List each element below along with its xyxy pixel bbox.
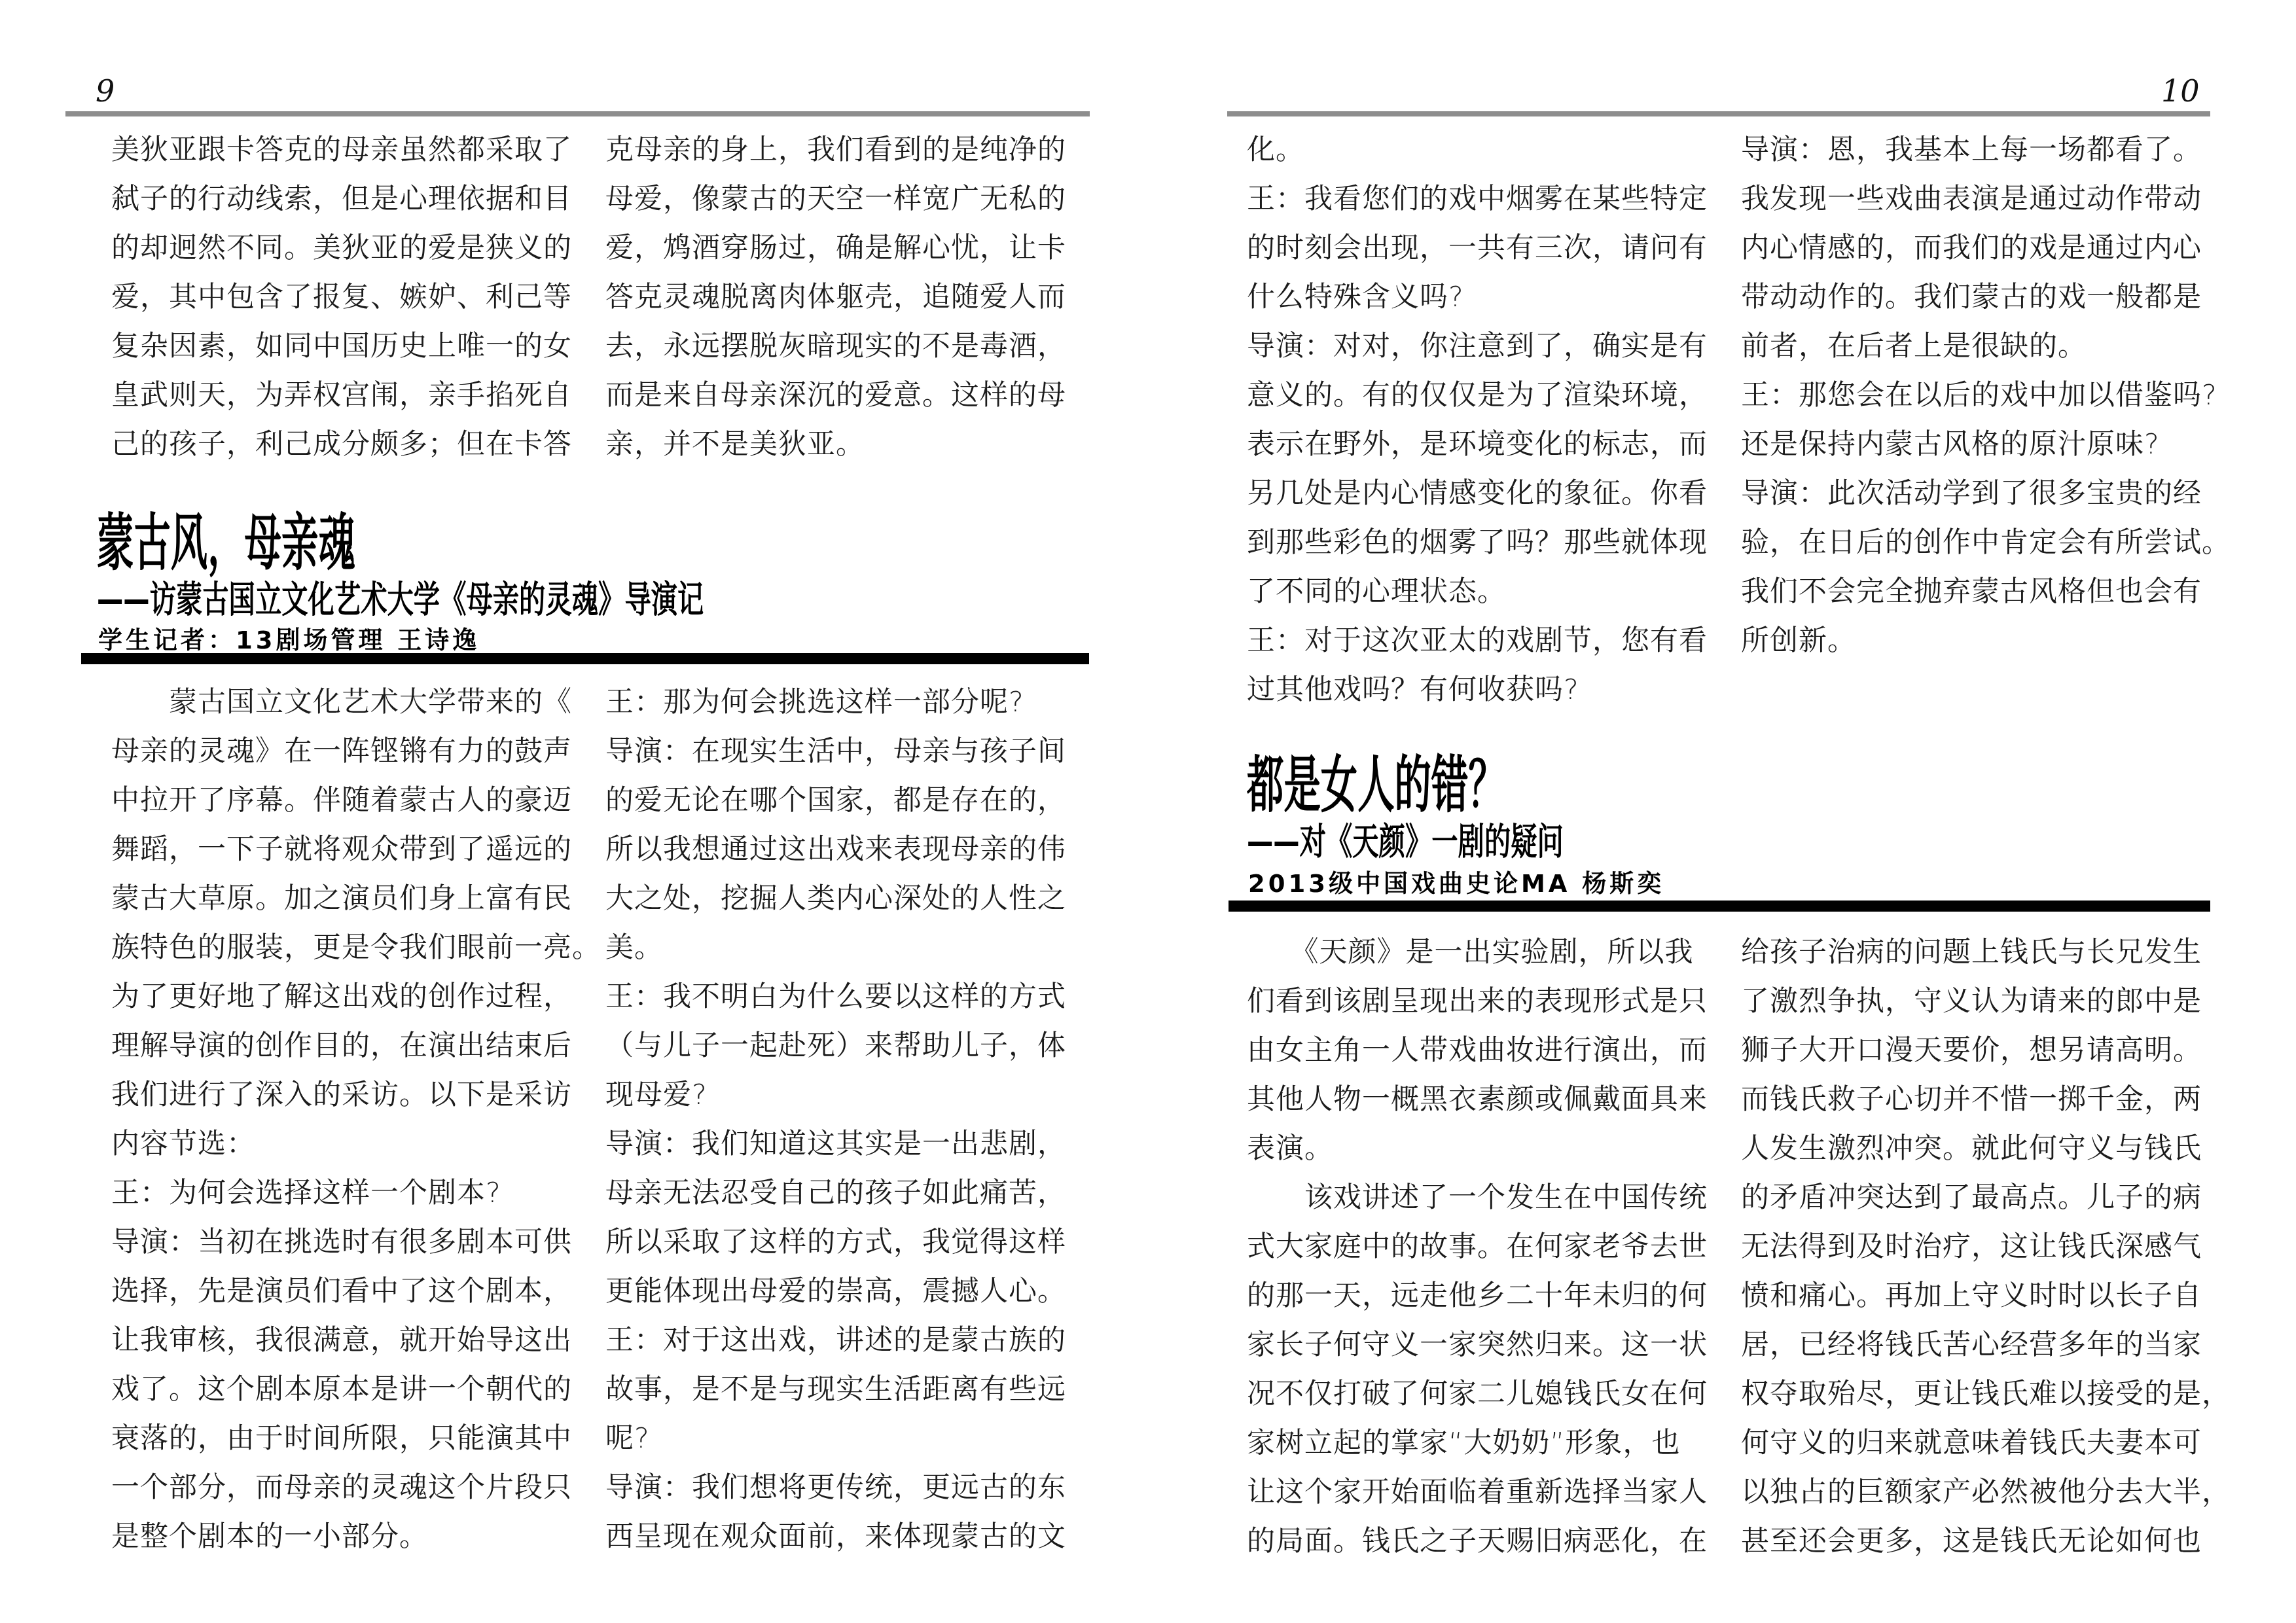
text-line: 另几处是内心情感变化的象征。你看 [1247, 469, 1728, 518]
text-line: 故事，是不是与现实生活距离有些远 [605, 1365, 1086, 1414]
text-line: 了激烈争执，守义认为请来的郎中是 [1741, 977, 2222, 1026]
text-line: 内心情感的，而我们的戏是通过内心 [1741, 224, 2222, 273]
page-number-9: 9 [96, 73, 115, 109]
text-line: 所以我想通过这出戏来表现母亲的伟 [605, 825, 1086, 874]
text-line: 戏了。这个剧本原本是讲一个朝代的 [111, 1365, 592, 1414]
text-line: 克母亲的身上，我们看到的是纯净的 [605, 126, 1086, 175]
text-line: 带动动作的。我们蒙古的戏一般都是 [1741, 273, 2222, 322]
text-line: 王：对于这次亚太的戏剧节，您有看 [1247, 616, 1728, 666]
text-line: 导演：当初在挑选时有很多剧本可供 [111, 1218, 592, 1267]
text-line: 导演：我们想将更传统，更远古的东 [605, 1463, 1086, 1512]
text-line: 王：我不明白为什么要以这样的方式 [605, 972, 1086, 1022]
text-line: 家长子何守义一家突然归来。这一状 [1247, 1321, 1728, 1370]
text-line: 家树立起的掌家“大奶奶”形象，也 [1247, 1419, 1728, 1468]
text-line: 复杂因素，如同中国历史上唯一的女 [111, 322, 592, 371]
text-line: 愤和痛心。再加上守义时时以长子自 [1741, 1272, 2222, 1321]
text-line: 大之处，挖掘人类内心深处的人性之 [605, 874, 1086, 923]
text-line: 为了更好地了解这出戏的创作过程， [111, 972, 592, 1022]
text-line: 还是保持内蒙古风格的原汁原味? [1741, 420, 2222, 469]
text-line: 我发现一些戏曲表演是通过动作带动 [1741, 175, 2222, 224]
article1-byline: 学生记者：13剧场管理 王诗逸 [98, 620, 480, 656]
text-line: 导演：在现实生活中，母亲与孩子间 [605, 727, 1086, 776]
text-line: 内容节选： [111, 1120, 592, 1169]
page-number-10: 10 [2161, 73, 2200, 109]
text-line: 王：我看您们的戏中烟雾在某些特定 [1247, 175, 1728, 224]
text-line: 皇武则天，为弄权宫闱，亲手掐死自 [111, 371, 592, 420]
text-line: 王：那您会在以后的戏中加以借鉴吗? [1741, 371, 2222, 420]
text-line: 是整个剧本的一小部分。 [111, 1512, 592, 1561]
text-line: 什么特殊含义吗? [1247, 273, 1728, 322]
text-line: 的局面。钱氏之子天赐旧病恶化，在 [1247, 1517, 1728, 1566]
text-line: 导演：恩，我基本上每一场都看了。 [1741, 126, 2222, 175]
text-line: 亲，并不是美狄亚。 [605, 420, 1086, 469]
text-line: 《天颜》是一出实验剧，所以我 [1247, 928, 1728, 977]
text-line: 无法得到及时治疗，这让钱氏深感气 [1741, 1222, 2222, 1272]
page10-continuation-left-column: 化。王：我看您们的戏中烟雾在某些特定的时刻会出现，一共有三次，请问有什么特殊含义… [1247, 126, 1728, 715]
text-line: 的却迥然不同。美狄亚的爱是狭义的 [111, 224, 592, 273]
page-9-header-rule [65, 111, 1090, 116]
article1-double-rule [81, 653, 1089, 664]
text-line: 蒙古国立文化艺术大学带来的《 [111, 678, 592, 727]
article1-headline: 蒙古风，母亲魂 [97, 512, 355, 577]
article2-double-rule [1229, 901, 2210, 912]
text-line: 而是来自母亲深沉的爱意。这样的母 [605, 371, 1086, 420]
article2-headline: 都是女人的错？ [1247, 754, 1505, 819]
text-line: 导演：对对，你注意到了，确实是有 [1247, 322, 1728, 371]
text-line: 舞蹈，一下子就将观众带到了遥远的 [111, 825, 592, 874]
text-line: 甚至还会更多，这是钱氏无论如何也 [1741, 1517, 2222, 1566]
text-line: 让这个家开始面临着重新选择当家人 [1247, 1468, 1728, 1517]
text-line: 选择，先是演员们看中了这个剧本， [111, 1267, 592, 1316]
text-line: 导演：此次活动学到了很多宝贵的经 [1741, 469, 2222, 518]
text-line: 狮子大开口漫天要价，想另请高明。 [1741, 1026, 2222, 1075]
text-line: 导演：我们知道这其实是一出悲剧， [605, 1120, 1086, 1169]
text-line: 弑子的行动线索，但是心理依据和目 [111, 175, 592, 224]
text-line: 母亲无法忍受自己的孩子如此痛苦， [605, 1169, 1086, 1218]
article1-right-column: 王：那为何会挑选这样一部分呢?导演：在现实生活中，母亲与孩子间的爱无论在哪个国家… [605, 678, 1086, 1561]
text-line: 王：对于这出戏，讲述的是蒙古族的 [605, 1316, 1086, 1365]
page-10-header-rule [1227, 111, 2210, 116]
text-line: 美狄亚跟卡答克的母亲虽然都采取了 [111, 126, 592, 175]
text-line: 表演。 [1247, 1124, 1728, 1173]
text-line: 化。 [1247, 126, 1728, 175]
text-line: 爱，其中包含了报复、嫉妒、利己等 [111, 273, 592, 322]
text-line: 我们进行了深入的采访。以下是采访 [111, 1071, 592, 1120]
text-line: 们看到该剧呈现出来的表现形式是只 [1247, 977, 1728, 1026]
text-line: 让我审核，我很满意，就开始导这出 [111, 1316, 592, 1365]
article2-left-column: 《天颜》是一出实验剧，所以我们看到该剧呈现出来的表现形式是只由女主角一人带戏曲妆… [1247, 928, 1728, 1566]
page9-continuation-left-column: 美狄亚跟卡答克的母亲虽然都采取了弑子的行动线索，但是心理依据和目的却迥然不同。美… [111, 126, 592, 469]
text-line: 何守义的归来就意味着钱氏夫妻本可 [1741, 1419, 2222, 1468]
text-line: 以独占的巨额家产必然被他分去大半， [1741, 1468, 2222, 1517]
article2-byline: 2013级中国戏曲史论MA 杨斯奕 [1248, 864, 1664, 899]
text-line: 由女主角一人带戏曲妆进行演出，而 [1247, 1026, 1728, 1075]
text-line: 居，已经将钱氏苦心经营多年的当家 [1741, 1321, 2222, 1370]
text-line: 意义的。有的仅仅是为了渲染环境， [1247, 371, 1728, 420]
text-line: 况不仅打破了何家二儿媳钱氏女在何 [1247, 1370, 1728, 1419]
text-line: 中拉开了序幕。伴随着蒙古人的豪迈 [111, 776, 592, 825]
text-line: 式大家庭中的故事。在何家老爷去世 [1247, 1222, 1728, 1272]
text-line: 过其他戏吗？有何收获吗? [1247, 666, 1728, 715]
text-line: 的时刻会出现，一共有三次，请问有 [1247, 224, 1728, 273]
article2-right-column: 给孩子治病的问题上钱氏与长兄发生了激烈争执，守义认为请来的郎中是狮子大开口漫天要… [1741, 928, 2222, 1566]
text-line: 呢? [605, 1414, 1086, 1463]
text-line: 王：为何会选择这样一个剧本? [111, 1169, 592, 1218]
text-line: 母亲的灵魂》在一阵铿锵有力的鼓声 [111, 727, 592, 776]
text-line: 而钱氏救子心切并不惜一掷千金，两 [1741, 1075, 2222, 1124]
text-line: 一个部分，而母亲的灵魂这个片段只 [111, 1463, 592, 1512]
text-line: 西呈现在观众面前，来体现蒙古的文 [605, 1512, 1086, 1561]
text-line: 去，永远摆脱灰暗现实的不是毒酒， [605, 322, 1086, 371]
text-line: 王：那为何会挑选这样一部分呢? [605, 678, 1086, 727]
text-line: 母爱，像蒙古的天空一样宽广无私的 [605, 175, 1086, 224]
page9-continuation-right-column: 克母亲的身上，我们看到的是纯净的母爱，像蒙古的天空一样宽广无私的爱，鸩酒穿肠过，… [605, 126, 1086, 469]
text-line: 到那些彩色的烟雾了吗？那些就体现 [1247, 518, 1728, 567]
article2-subtitle: ——对《天颜》一剧的疑问 [1247, 823, 1564, 862]
text-line: 其他人物一概黑衣素颜或佩戴面具来 [1247, 1075, 1728, 1124]
text-line: 权夺取殆尽，更让钱氏难以接受的是， [1741, 1370, 2222, 1419]
page10-continuation-right-column: 导演：恩，我基本上每一场都看了。我发现一些戏曲表演是通过动作带动内心情感的，而我… [1741, 126, 2222, 666]
text-line: 给孩子治病的问题上钱氏与长兄发生 [1741, 928, 2222, 977]
text-line: 该戏讲述了一个发生在中国传统 [1247, 1173, 1728, 1222]
text-line: 人发生激烈冲突。就此何守义与钱氏 [1741, 1124, 2222, 1173]
text-line: 族特色的服装，更是令我们眼前一亮。 [111, 923, 592, 972]
text-line: 表示在野外，是环境变化的标志，而 [1247, 420, 1728, 469]
text-line: （与儿子一起赴死）来帮助儿子，体 [605, 1022, 1086, 1071]
text-line: 蒙古大草原。加之演员们身上富有民 [111, 874, 592, 923]
article1-subtitle: ——访蒙古国立文化艺术大学《母亲的灵魂》导演记 [97, 581, 704, 620]
text-line: 验，在日后的创作中肯定会有所尝试。 [1741, 518, 2222, 567]
text-line: 理解导演的创作目的，在演出结束后 [111, 1022, 592, 1071]
text-line: 所以采取了这样的方式，我觉得这样 [605, 1218, 1086, 1267]
text-line: 的矛盾冲突达到了最高点。儿子的病 [1741, 1173, 2222, 1222]
text-line: 的爱无论在哪个国家，都是存在的， [605, 776, 1086, 825]
text-line: 了不同的心理状态。 [1247, 567, 1728, 616]
text-line: 答克灵魂脱离肉体躯壳，追随爱人而 [605, 273, 1086, 322]
text-line: 的那一天，远走他乡二十年未归的何 [1247, 1272, 1728, 1321]
text-line: 衰落的，由于时间所限，只能演其中 [111, 1414, 592, 1463]
text-line: 现母爱? [605, 1071, 1086, 1120]
text-line: 所创新。 [1741, 616, 2222, 666]
text-line: 更能体现出母爱的崇高，震撼人心。 [605, 1267, 1086, 1316]
text-line: 美。 [605, 923, 1086, 972]
text-line: 爱，鸩酒穿肠过，确是解心忧，让卡 [605, 224, 1086, 273]
text-line: 前者，在后者上是很缺的。 [1741, 322, 2222, 371]
article1-left-column: 蒙古国立文化艺术大学带来的《母亲的灵魂》在一阵铿锵有力的鼓声中拉开了序幕。伴随着… [111, 678, 592, 1561]
text-line: 我们不会完全抛弃蒙古风格但也会有 [1741, 567, 2222, 616]
text-line: 己的孩子，利己成分颇多；但在卡答 [111, 420, 592, 469]
